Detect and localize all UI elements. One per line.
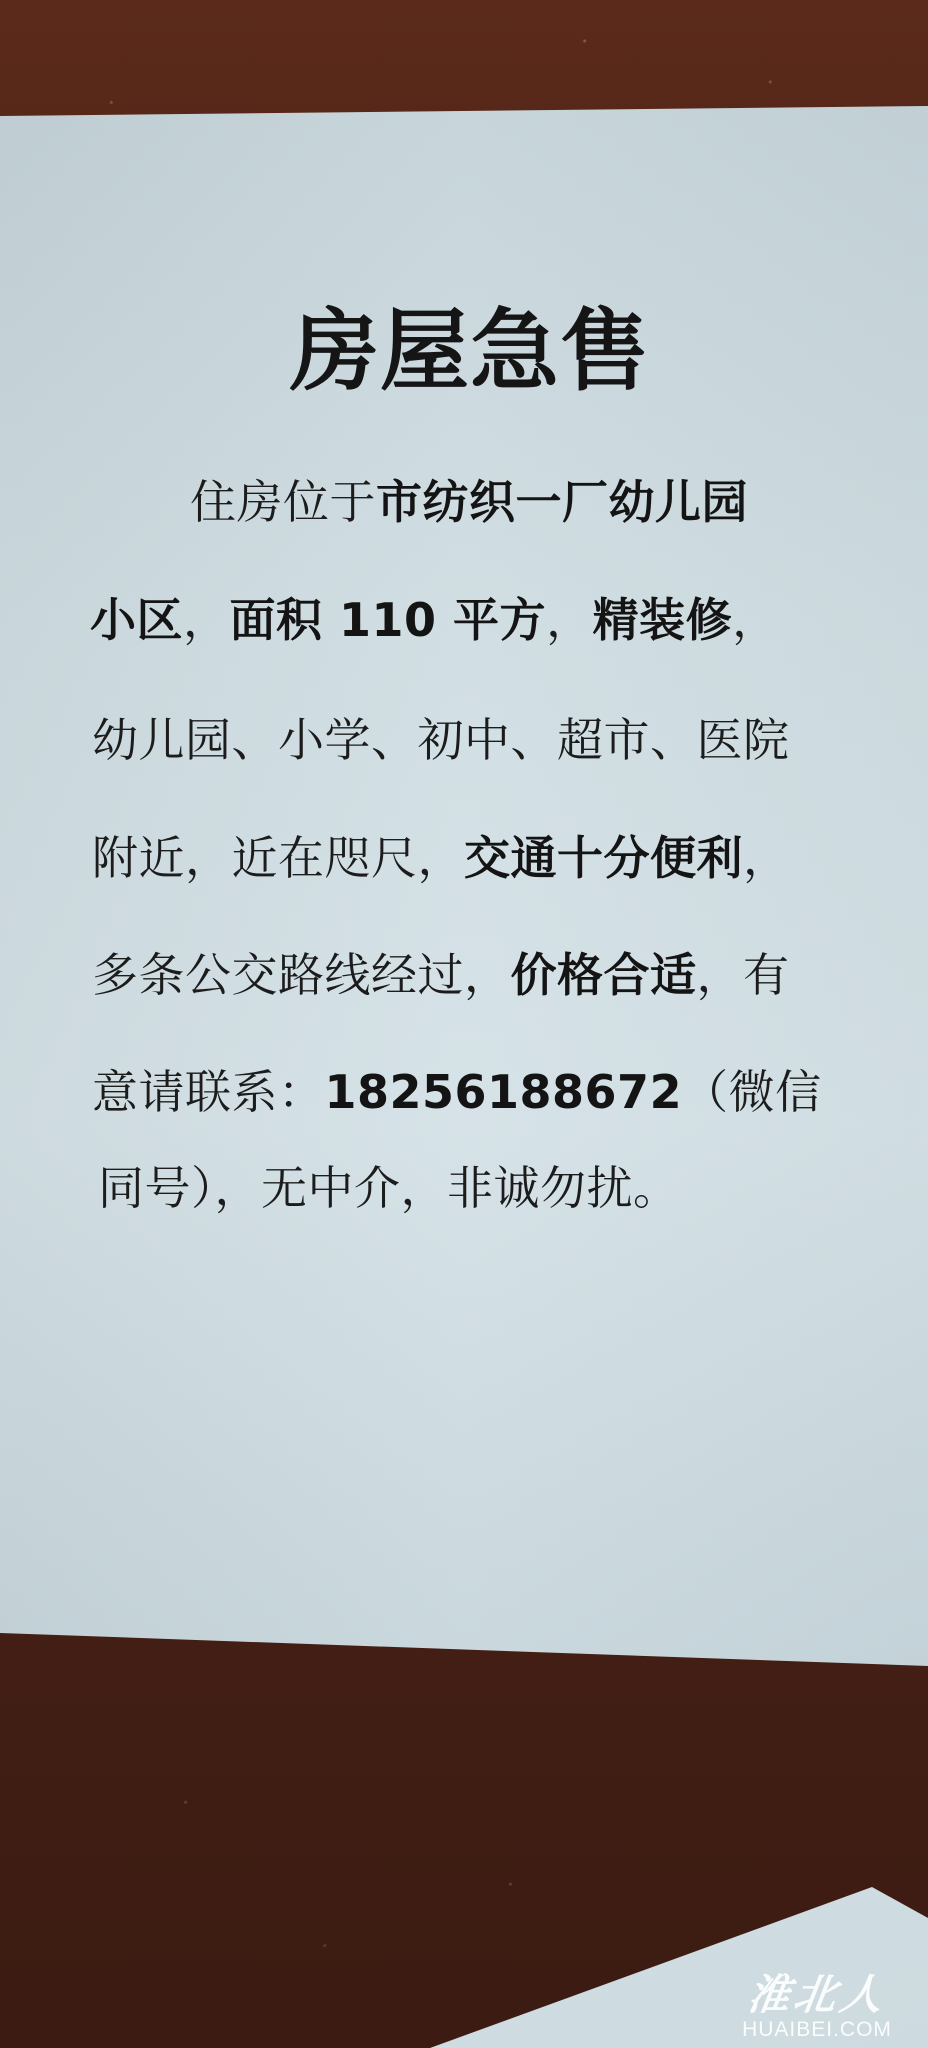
notice-line-6: 意请联系：18256188672（微信	[92, 1062, 822, 1122]
text-segment: （微信	[682, 1065, 822, 1119]
notice-line-2: 小区，面积 110 平方，精装修，	[90, 590, 779, 650]
notice-line-4: 附近，近在咫尺，交通十分便利，	[92, 828, 790, 888]
transport-bold: 交通十分便利	[464, 831, 743, 885]
notice-line-5: 多条公交路线经过，价格合适，有	[92, 945, 790, 1005]
nearby-facilities: 幼儿园、小学、初中、超市、医院	[92, 713, 790, 767]
text-segment: ，有	[697, 948, 790, 1002]
watermark: 淮北人 HUAIBEI.COM	[712, 1972, 922, 2042]
price-bold: 价格合适	[511, 948, 697, 1002]
notice-line-7: 同号），无中介，非诚勿扰。	[98, 1158, 680, 1218]
text-segment: 附近，近在咫尺，	[92, 831, 464, 885]
watermark-domain: HUAIBEI.COM	[712, 2018, 922, 2042]
text-segment: 同号），无中介，非诚勿扰。	[98, 1161, 680, 1215]
location-bold: 市纺织一厂幼儿园	[376, 475, 748, 529]
punctuation: ，	[183, 593, 230, 647]
notice-line-1: 住房位于市纺织一厂幼儿园	[190, 472, 748, 532]
area-bold: 面积 110 平方	[230, 593, 547, 647]
punctuation: ，	[546, 593, 593, 647]
decoration-bold: 精装修	[593, 593, 733, 647]
location-bold: 小区	[90, 593, 183, 647]
notice-title: 房屋急售	[290, 296, 660, 406]
watermark-logo-text: 淮北人	[709, 1972, 925, 2018]
text-segment: 住房位于	[190, 475, 376, 529]
contact-label: 意请联系：	[92, 1065, 325, 1119]
phone-number: 18256188672	[325, 1065, 683, 1119]
punctuation: ，	[743, 831, 790, 885]
notice-line-3: 幼儿园、小学、初中、超市、医院	[92, 710, 790, 770]
punctuation: ，	[732, 593, 779, 647]
text-segment: 多条公交路线经过，	[92, 948, 511, 1002]
